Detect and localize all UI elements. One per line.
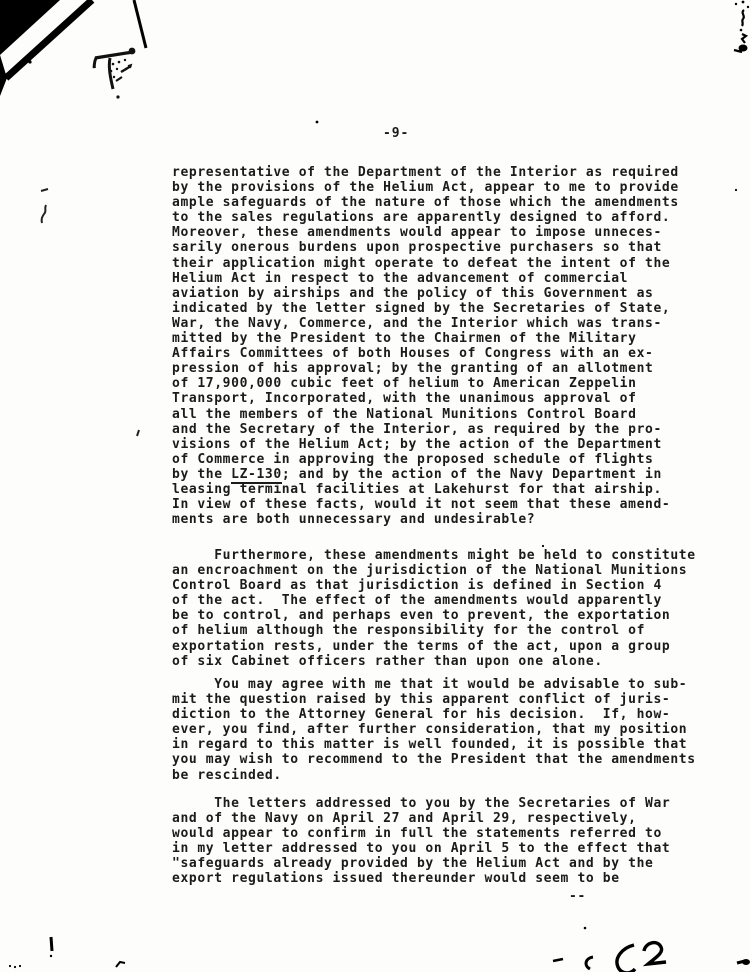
bottom-left-marks — [9, 937, 125, 968]
line-post-text: ; and by the action of the Navy Departme… — [282, 467, 662, 482]
text-line: aviation by airships and the policy of t… — [172, 286, 717, 301]
paragraph-1-tail-lines: leasing terminal facilities at Lakehurst… — [172, 482, 717, 527]
text-line: an encroachment on the jurisdiction of t… — [172, 563, 717, 578]
text-line: ample safeguards of the nature of those … — [172, 195, 717, 210]
text-line: Control Board as that jurisdiction is de… — [172, 578, 717, 593]
paragraph-4-lines: The letters addressed to you by the Secr… — [172, 796, 717, 887]
typed-dashes: -- — [569, 889, 586, 904]
text-line: to the sales regulations are apparently … — [172, 210, 717, 225]
text-line: and of the Navy on April 27 and April 29… — [172, 811, 717, 826]
pencil-scribble-mark — [94, 48, 135, 99]
scanned-letter-page: -9- representative of the Department of … — [0, 0, 750, 972]
text-line: diction to the Attorney General for his … — [172, 707, 717, 722]
text-line: mitted by the President to the Chairmen … — [172, 331, 717, 346]
paragraph-1-lines: representative of the Department of the … — [172, 165, 717, 467]
text-line: Helium Act in respect to the advancement… — [172, 271, 717, 286]
paragraph-4: The letters addressed to you by the Secr… — [172, 796, 717, 887]
paragraph-2-lines: Furthermore, these amendments might be h… — [172, 548, 717, 669]
text-line: visions of the Helium Act; by the action… — [172, 437, 717, 452]
paragraph-1: representative of the Department of the … — [172, 165, 717, 527]
text-line: would appear to confirm in full the stat… — [172, 826, 717, 841]
text-line: by the provisions of the Helium Act, app… — [172, 180, 717, 195]
text-line: Furthermore, these amendments might be h… — [172, 548, 717, 563]
text-line: The letters addressed to you by the Secr… — [172, 796, 717, 811]
corner-fold-artifact — [0, 0, 92, 96]
text-line: be to control, and perhaps even to preve… — [172, 608, 717, 623]
text-line: Transport, Incorporated, with the unanim… — [172, 391, 717, 406]
text-line: in regard to this matter is well founded… — [172, 737, 717, 752]
line-with-lz130-underline: by the LZ-130; and by the action of the … — [172, 467, 717, 482]
text-line: you may wish to recommend to the Preside… — [172, 752, 717, 767]
text-line: mit the question raised by this apparent… — [172, 692, 717, 707]
text-line: You may agree with me that it would be a… — [172, 677, 717, 692]
text-line: export regulations issued thereunder wou… — [172, 871, 717, 886]
vertical-streak-artifact — [134, 0, 146, 48]
text-line: of 17,900,000 cubic feet of helium to Am… — [172, 376, 717, 391]
line-pre-text: by the — [172, 467, 231, 482]
text-line: representative of the Department of the … — [172, 165, 717, 180]
text-line: of Commerce in approving the proposed sc… — [172, 452, 717, 467]
text-line: leasing terminal facilities at Lakehurst… — [172, 482, 717, 497]
text-line: of the act. The effect of the amendments… — [172, 593, 717, 608]
text-line: War, the Navy, Commerce, and the Interio… — [172, 316, 717, 331]
handwritten-62-partial — [553, 943, 750, 972]
pencil-margin-marks — [41, 189, 139, 436]
text-line: pression of his approval; by the grantin… — [172, 361, 717, 376]
text-line: and the Secretary of the Interior, as re… — [172, 422, 717, 437]
text-line: Moreover, these amendments would appear … — [172, 225, 717, 240]
text-line: sarily onerous burdens upon prospective … — [172, 240, 717, 255]
text-line: their application might operate to defea… — [172, 256, 717, 271]
paragraph-2: Furthermore, these amendments might be h… — [172, 548, 717, 669]
paragraph-3: You may agree with me that it would be a… — [172, 677, 717, 783]
text-line: be rescinded. — [172, 768, 717, 783]
text-line: ments are both unnecessary and undesirab… — [172, 512, 717, 527]
text-line: all the members of the National Munition… — [172, 407, 717, 422]
text-line: of six Cabinet officers rather than upon… — [172, 654, 717, 669]
text-line: exportation rests, under the terms of th… — [172, 639, 717, 654]
text-line: Affairs Committees of both Houses of Con… — [172, 346, 717, 361]
paragraph-3-lines: You may agree with me that it would be a… — [172, 677, 717, 783]
page-number: -9- — [383, 126, 409, 141]
text-line: indicated by the letter signed by the Se… — [172, 301, 717, 316]
text-line: "safeguards already provided by the Heli… — [172, 856, 717, 871]
ink-squiggle-top-right — [734, 1, 749, 52]
text-line: in my letter addressed to you on April 5… — [172, 841, 717, 856]
text-line: ever, you find, after further considerat… — [172, 722, 717, 737]
text-line: In view of these facts, would it not see… — [172, 497, 717, 512]
text-line: of helium although the responsibility fo… — [172, 623, 717, 638]
